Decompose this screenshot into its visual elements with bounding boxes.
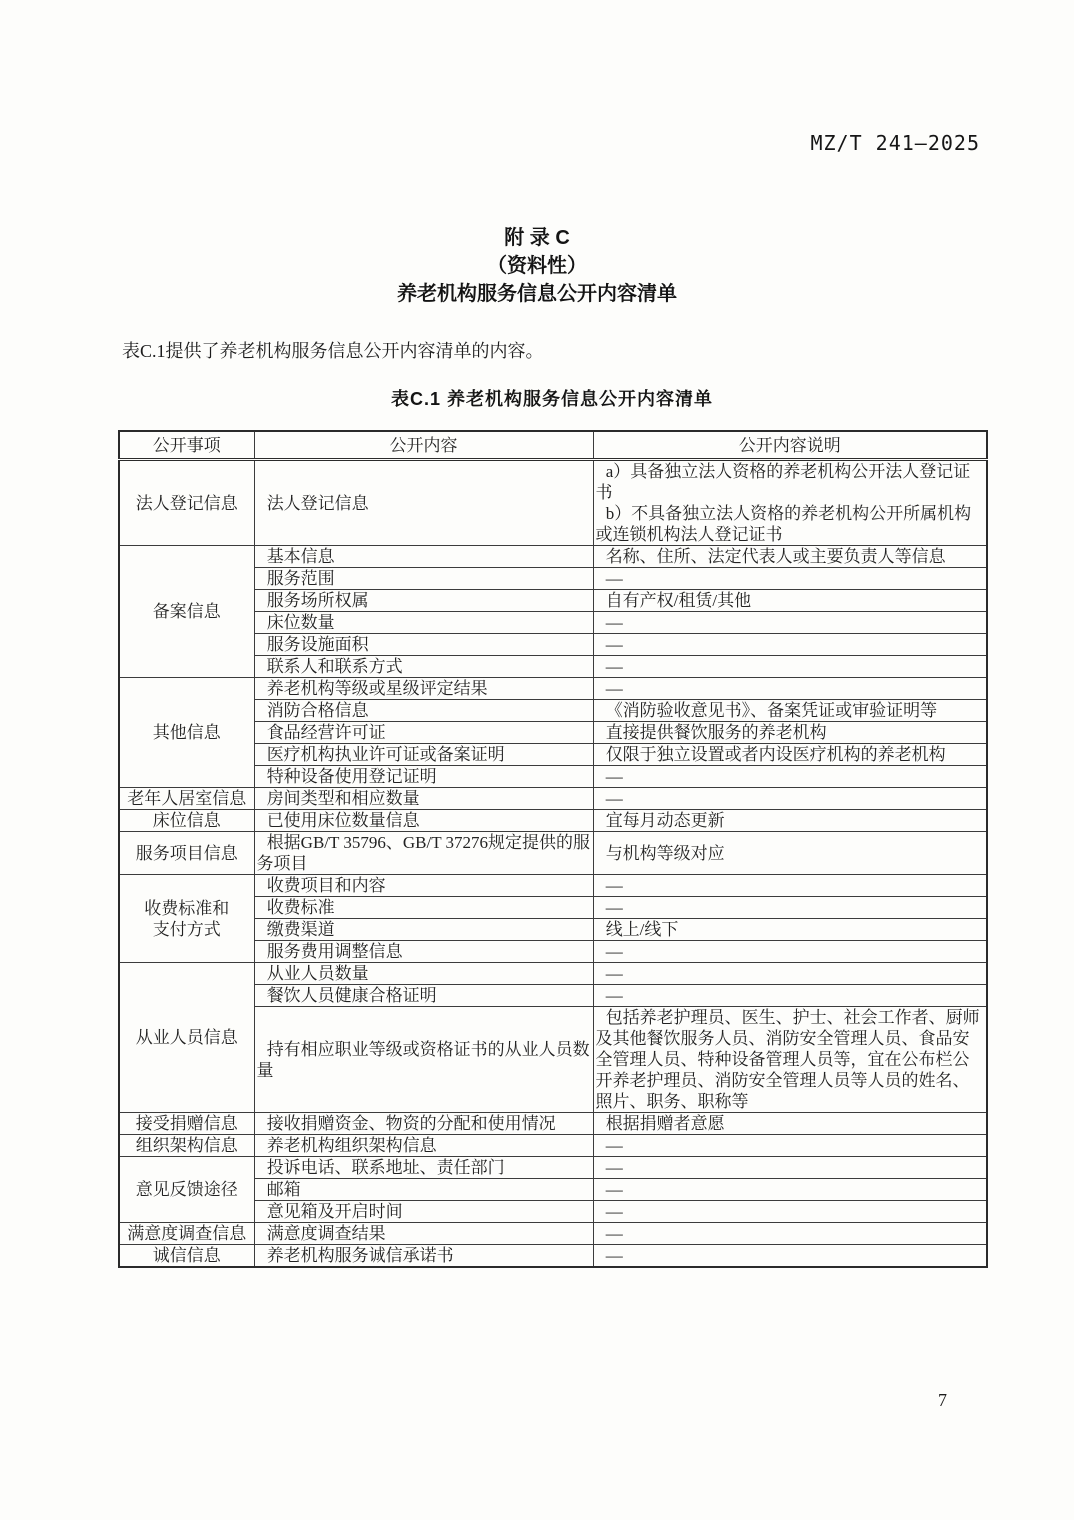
- doc-number: MZ/T 241—2025: [810, 131, 980, 155]
- content-text: 服务范围: [257, 568, 591, 589]
- note-text: —: [596, 612, 985, 633]
- table-row: 意见反馈途径投诉电话、联系地址、责任部门—: [119, 1157, 987, 1179]
- table-row: 法人登记信息法人登记信息a）具备独立法人资格的养老机构公开法人登记证书b）不具备…: [119, 460, 987, 546]
- table-row: 接受捐赠信息接收捐赠资金、物资的分配和使用情况根据捐赠者意愿: [119, 1113, 987, 1135]
- note-cell: —: [593, 656, 987, 678]
- note-cell: —: [593, 963, 987, 985]
- content-text: 法人登记信息: [257, 493, 591, 514]
- table-row: 其他信息养老机构等级或星级评定结果—: [119, 678, 987, 700]
- item-cell: 从业人员信息: [119, 963, 254, 1113]
- content-text: 养老机构组织架构信息: [257, 1135, 591, 1156]
- note-text: —: [596, 1201, 985, 1222]
- content-text: 消防合格信息: [257, 700, 591, 721]
- content-cell: 特种设备使用登记证明: [254, 766, 593, 788]
- content-cell: 法人登记信息: [254, 460, 593, 546]
- note-text: 包括养老护理员、医生、护士、社会工作者、厨师及其他餐饮服务人员、消防安全管理人员…: [596, 1007, 985, 1112]
- content-text: 已使用床位数量信息: [257, 810, 591, 831]
- content-text: 联系人和联系方式: [257, 656, 591, 677]
- table-row: 从业人员信息从业人员数量—: [119, 963, 987, 985]
- content-text: 收费标准: [257, 897, 591, 918]
- note-cell: —: [593, 1179, 987, 1201]
- table-row: 床位信息已使用床位数量信息宜每月动态更新: [119, 810, 987, 832]
- content-cell: 收费标准: [254, 897, 593, 919]
- note-text: —: [596, 1245, 985, 1266]
- content-cell: 从业人员数量: [254, 963, 593, 985]
- column-header-content: 公开内容: [254, 431, 593, 460]
- content-cell: 收费项目和内容: [254, 875, 593, 897]
- content-text: 特种设备使用登记证明: [257, 766, 591, 787]
- content-text: 意见箱及开启时间: [257, 1201, 591, 1222]
- item-cell: 备案信息: [119, 546, 254, 678]
- table-row: 备案信息基本信息名称、住所、法定代表人或主要负责人等信息: [119, 546, 987, 568]
- note-cell: —: [593, 1245, 987, 1268]
- content-text: 邮箱: [257, 1179, 591, 1200]
- note-text: —: [596, 634, 985, 655]
- content-text: 基本信息: [257, 546, 591, 567]
- appendix-type: （资料性）: [0, 252, 1074, 280]
- item-cell: 诚信信息: [119, 1245, 254, 1268]
- content-cell: 养老机构服务诚信承诺书: [254, 1245, 593, 1268]
- content-text: 服务设施面积: [257, 634, 591, 655]
- content-cell: 缴费渠道: [254, 919, 593, 941]
- note-text: —: [596, 985, 985, 1006]
- note-text: —: [596, 788, 985, 809]
- content-cell: 联系人和联系方式: [254, 656, 593, 678]
- content-cell: 已使用床位数量信息: [254, 810, 593, 832]
- note-cell: 线上/线下: [593, 919, 987, 941]
- item-cell: 服务项目信息: [119, 832, 254, 875]
- note-cell: —: [593, 1157, 987, 1179]
- content-cell: 接收捐赠资金、物资的分配和使用情况: [254, 1113, 593, 1135]
- item-cell: 组织架构信息: [119, 1135, 254, 1157]
- content-cell: 服务范围: [254, 568, 593, 590]
- note-cell: 自有产权/租赁/其他: [593, 590, 987, 612]
- note-text: —: [596, 875, 985, 896]
- note-cell: —: [593, 875, 987, 897]
- note-text: —: [596, 1157, 985, 1178]
- content-text: 持有相应职业等级或资格证书的从业人员数量: [257, 1039, 591, 1081]
- note-text: 仅限于独立设置或者内设医疗机构的养老机构: [596, 744, 985, 765]
- note-cell: —: [593, 612, 987, 634]
- content-text: 床位数量: [257, 612, 591, 633]
- note-cell: 根据捐赠者意愿: [593, 1113, 987, 1135]
- column-header-item: 公开事项: [119, 431, 254, 460]
- note-cell: —: [593, 985, 987, 1007]
- table-row: 老年人居室信息房间类型和相应数量—: [119, 788, 987, 810]
- content-cell: 服务费用调整信息: [254, 941, 593, 963]
- note-cell: 宜每月动态更新: [593, 810, 987, 832]
- note-cell: a）具备独立法人资格的养老机构公开法人登记证书b）不具备独立法人资格的养老机构公…: [593, 460, 987, 546]
- content-text: 根据GB/T 35796、GB/T 37276规定提供的服务项目: [257, 832, 591, 874]
- disclosure-table: 公开事项 公开内容 公开内容说明 法人登记信息法人登记信息a）具备独立法人资格的…: [118, 430, 988, 1268]
- content-cell: 餐饮人员健康合格证明: [254, 985, 593, 1007]
- note-text: —: [596, 1135, 985, 1156]
- note-text: 直接提供餐饮服务的养老机构: [596, 722, 985, 743]
- content-cell: 基本信息: [254, 546, 593, 568]
- content-text: 餐饮人员健康合格证明: [257, 985, 591, 1006]
- page-number: 7: [938, 1390, 947, 1411]
- note-cell: —: [593, 788, 987, 810]
- content-cell: 房间类型和相应数量: [254, 788, 593, 810]
- content-text: 医疗机构执业许可证或备案证明: [257, 744, 591, 765]
- note-text: 与机构等级对应: [596, 843, 985, 864]
- document-page: MZ/T 241—2025 附 录 C （资料性） 养老机构服务信息公开内容清单…: [0, 0, 1074, 1520]
- note-text: —: [596, 963, 985, 984]
- appendix-label: 附 录 C: [0, 224, 1074, 252]
- note-cell: —: [593, 1201, 987, 1223]
- appendix-title: 养老机构服务信息公开内容清单: [0, 280, 1074, 308]
- intro-paragraph: 表C.1提供了养老机构服务信息公开内容清单的内容。: [122, 337, 544, 363]
- note-cell: —: [593, 766, 987, 788]
- note-text: 线上/线下: [596, 919, 985, 940]
- note-cell: —: [593, 1135, 987, 1157]
- content-cell: 邮箱: [254, 1179, 593, 1201]
- note-cell: 仅限于独立设置或者内设医疗机构的养老机构: [593, 744, 987, 766]
- note-cell: 《消防验收意见书》、备案凭证或审验证明等: [593, 700, 987, 722]
- item-cell: 老年人居室信息: [119, 788, 254, 810]
- table-caption: 表C.1 养老机构服务信息公开内容清单: [118, 385, 986, 411]
- note-cell: 直接提供餐饮服务的养老机构: [593, 722, 987, 744]
- note-text: —: [596, 656, 985, 677]
- note-text: —: [596, 766, 985, 787]
- appendix-title-block: 附 录 C （资料性） 养老机构服务信息公开内容清单: [0, 224, 1074, 308]
- table-row: 组织架构信息养老机构组织架构信息—: [119, 1135, 987, 1157]
- note-cell: —: [593, 1223, 987, 1245]
- content-text: 房间类型和相应数量: [257, 788, 591, 809]
- note-text: —: [596, 678, 985, 699]
- note-text: 名称、住所、法定代表人或主要负责人等信息: [596, 546, 985, 567]
- note-text: —: [596, 1179, 985, 1200]
- content-text: 投诉电话、联系地址、责任部门: [257, 1157, 591, 1178]
- content-text: 养老机构服务诚信承诺书: [257, 1245, 591, 1266]
- note-text: a）具备独立法人资格的养老机构公开法人登记证书: [596, 461, 985, 503]
- item-cell: 床位信息: [119, 810, 254, 832]
- content-text: 食品经营许可证: [257, 722, 591, 743]
- content-text: 服务场所权属: [257, 590, 591, 611]
- content-cell: 养老机构组织架构信息: [254, 1135, 593, 1157]
- table-row: 满意度调查信息满意度调查结果—: [119, 1223, 987, 1245]
- note-text: 《消防验收意见书》、备案凭证或审验证明等: [596, 700, 985, 721]
- content-cell: 满意度调查结果: [254, 1223, 593, 1245]
- content-text: 服务费用调整信息: [257, 941, 591, 962]
- item-cell: 法人登记信息: [119, 460, 254, 546]
- note-text: —: [596, 897, 985, 918]
- content-cell: 根据GB/T 35796、GB/T 37276规定提供的服务项目: [254, 832, 593, 875]
- note-cell: —: [593, 897, 987, 919]
- note-text: b）不具备独立法人资格的养老机构公开所属机构或连锁机构法人登记证书: [596, 503, 985, 545]
- note-text: 自有产权/租赁/其他: [596, 590, 985, 611]
- content-cell: 持有相应职业等级或资格证书的从业人员数量: [254, 1007, 593, 1113]
- item-cell: 意见反馈途径: [119, 1157, 254, 1223]
- note-text: —: [596, 1223, 985, 1244]
- content-text: 接收捐赠资金、物资的分配和使用情况: [257, 1113, 591, 1134]
- table-row: 诚信信息养老机构服务诚信承诺书—: [119, 1245, 987, 1268]
- table-row: 服务项目信息根据GB/T 35796、GB/T 37276规定提供的服务项目与机…: [119, 832, 987, 875]
- content-cell: 养老机构等级或星级评定结果: [254, 678, 593, 700]
- content-text: 养老机构等级或星级评定结果: [257, 678, 591, 699]
- item-cell: 收费标准和 支付方式: [119, 875, 254, 963]
- content-cell: 消防合格信息: [254, 700, 593, 722]
- content-cell: 服务场所权属: [254, 590, 593, 612]
- note-text: 根据捐赠者意愿: [596, 1113, 985, 1134]
- content-cell: 医疗机构执业许可证或备案证明: [254, 744, 593, 766]
- content-text: 满意度调查结果: [257, 1223, 591, 1244]
- content-cell: 投诉电话、联系地址、责任部门: [254, 1157, 593, 1179]
- note-text: 宜每月动态更新: [596, 810, 985, 831]
- note-cell: —: [593, 634, 987, 656]
- note-cell: 名称、住所、法定代表人或主要负责人等信息: [593, 546, 987, 568]
- note-cell: 与机构等级对应: [593, 832, 987, 875]
- table-row: 收费标准和 支付方式收费项目和内容—: [119, 875, 987, 897]
- content-cell: 服务设施面积: [254, 634, 593, 656]
- note-cell: —: [593, 678, 987, 700]
- item-cell: 满意度调查信息: [119, 1223, 254, 1245]
- content-cell: 意见箱及开启时间: [254, 1201, 593, 1223]
- item-cell: 接受捐赠信息: [119, 1113, 254, 1135]
- content-text: 缴费渠道: [257, 919, 591, 940]
- note-text: —: [596, 568, 985, 589]
- item-cell: 其他信息: [119, 678, 254, 788]
- column-header-note: 公开内容说明: [593, 431, 987, 460]
- content-text: 从业人员数量: [257, 963, 591, 984]
- table-header-row: 公开事项 公开内容 公开内容说明: [119, 431, 987, 460]
- note-cell: —: [593, 568, 987, 590]
- note-cell: —: [593, 941, 987, 963]
- note-cell: 包括养老护理员、医生、护士、社会工作者、厨师及其他餐饮服务人员、消防安全管理人员…: [593, 1007, 987, 1113]
- content-cell: 食品经营许可证: [254, 722, 593, 744]
- note-text: —: [596, 941, 985, 962]
- content-cell: 床位数量: [254, 612, 593, 634]
- content-text: 收费项目和内容: [257, 875, 591, 896]
